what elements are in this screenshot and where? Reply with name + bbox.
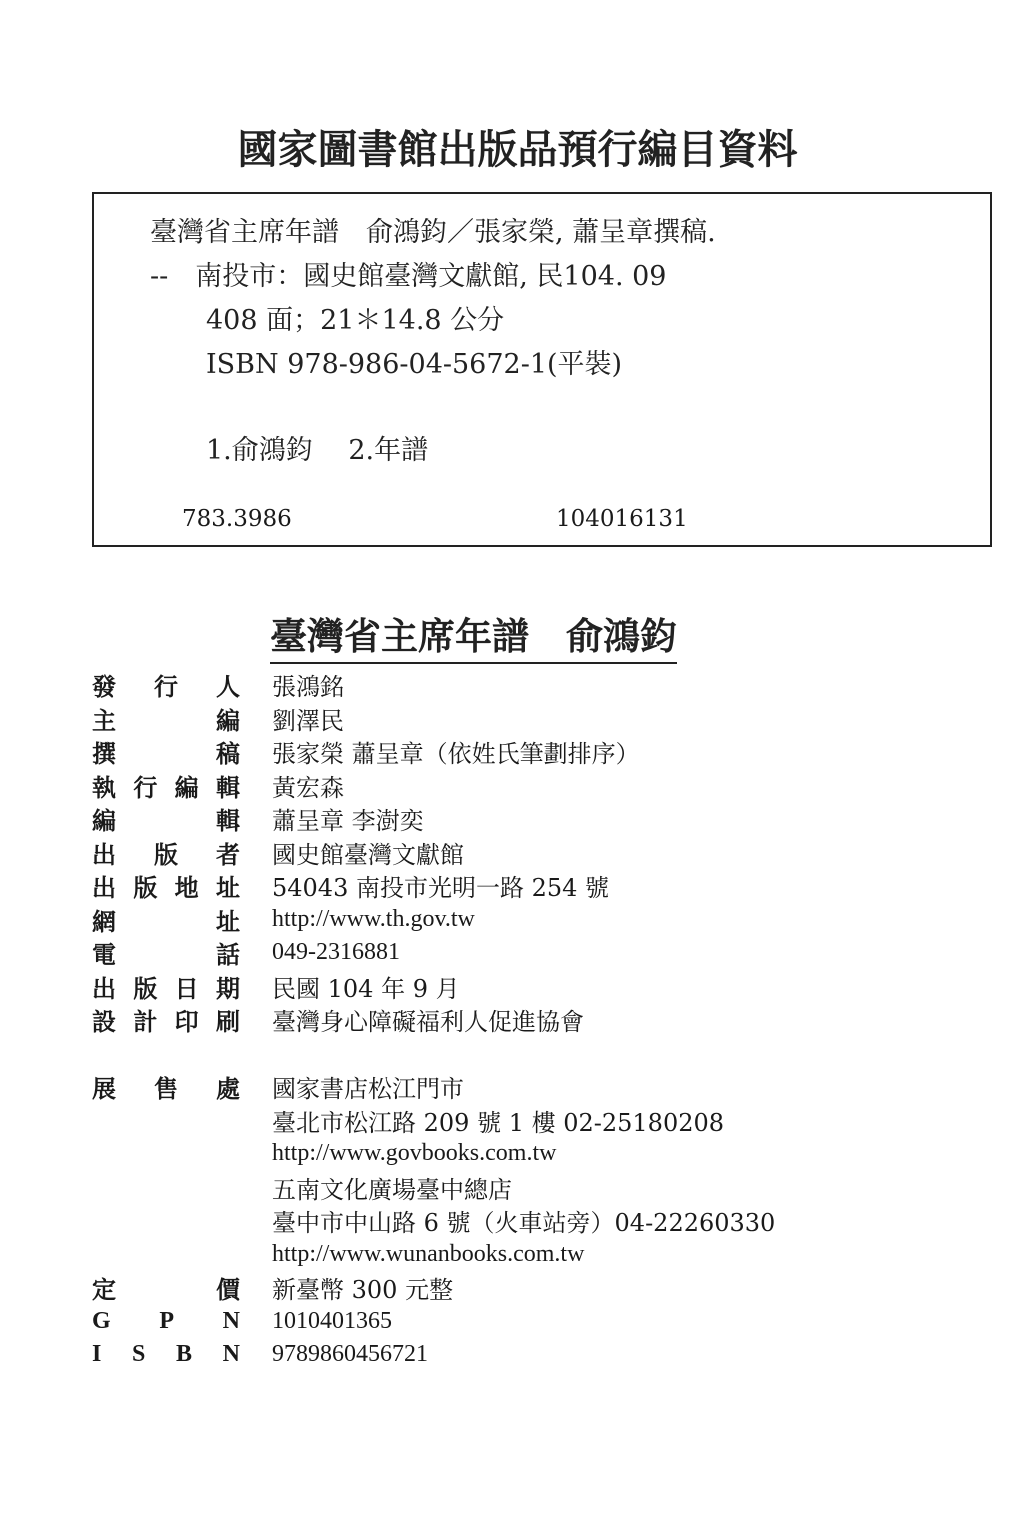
- row-label: 編輯: [92, 801, 240, 836]
- row-value: 1010401365: [272, 1308, 392, 1335]
- sales-row-2: http://www.govbooks.com.tw: [92, 1137, 852, 1171]
- colophon-row-authors: 撰稿 張家榮 蕭呈章（依姓氏筆劃排序）: [92, 735, 852, 769]
- row-label: 設計印刷: [92, 1002, 240, 1037]
- colophon-row-publish-date: 出版日期 民國 104 年 9 月: [92, 970, 852, 1004]
- sales-row-1: 臺北市松江路 209 號 1 樓 02-25180208: [92, 1104, 852, 1138]
- row-value: 張家榮 蕭呈章（依姓氏筆劃排序）: [272, 734, 640, 769]
- sales-line: 臺北市松江路 209 號 1 樓 02-25180208: [272, 1103, 724, 1138]
- row-label: 網址: [92, 902, 240, 937]
- colophon-row-website: 網址 http://www.th.gov.tw: [92, 903, 852, 937]
- spacer: [92, 1037, 852, 1071]
- cip-isbn-line: ISBN 978-986-04-5672-1(平裝): [206, 342, 622, 381]
- row-label: 電話: [92, 935, 240, 970]
- sales-row-5: http://www.wunanbooks.com.tw: [92, 1238, 852, 1272]
- row-value: 臺灣身心障礙福利人促進協會: [272, 1002, 584, 1037]
- cip-publisher-line: -- 南投市：國史館臺灣文獻館, 民104. 09: [150, 254, 666, 293]
- cip-record-id: 104016131: [556, 506, 688, 532]
- cip-classification: 783.3986: [182, 506, 292, 532]
- colophon-row-publisher: 出版者 國史館臺灣文獻館: [92, 836, 852, 870]
- cip-subjects-line: 1.俞鴻鈞 2.年譜: [206, 428, 428, 467]
- tail-row-gpn: GPN 1010401365: [92, 1305, 852, 1339]
- row-value: 新臺幣 300 元整: [272, 1270, 453, 1305]
- row-label: 執行編輯: [92, 768, 240, 803]
- row-label: ISBN: [92, 1341, 240, 1368]
- cip-title-line: 臺灣省主席年譜 俞鴻鈞／張家榮, 蕭呈章撰稿.: [150, 210, 716, 249]
- cip-record-box: 臺灣省主席年譜 俞鴻鈞／張家榮, 蕭呈章撰稿. -- 南投市：國史館臺灣文獻館,…: [92, 192, 992, 547]
- colophon-row-design-print: 設計印刷 臺灣身心障礙福利人促進協會: [92, 1003, 852, 1037]
- book-title: 臺灣省主席年譜 俞鴻鈞: [270, 606, 677, 664]
- row-label: 出版者: [92, 835, 240, 870]
- row-label: GPN: [92, 1308, 240, 1335]
- sales-line: 國家書店松江門市: [272, 1069, 464, 1104]
- row-label: 撰稿: [92, 734, 240, 769]
- row-value: 劉澤民: [272, 701, 344, 736]
- row-value: 黃宏森: [272, 768, 344, 803]
- tail-row-isbn: ISBN 9789860456721: [92, 1338, 852, 1372]
- cip-heading: 國家圖書館出版品預行編目資料: [0, 118, 1035, 175]
- govbooks-link[interactable]: http://www.govbooks.com.tw: [272, 1140, 556, 1167]
- colophon-table: 發行人 張鴻銘 主編 劉澤民 撰稿 張家榮 蕭呈章（依姓氏筆劃排序） 執行編輯 …: [92, 668, 852, 1372]
- row-label: 出版日期: [92, 969, 240, 1004]
- colophon-row-address: 出版地址 54043 南投市光明一路 254 號: [92, 869, 852, 903]
- sales-line: 臺中市中山路 6 號（火車站旁）04-22260330: [272, 1203, 775, 1238]
- row-label: 定價: [92, 1270, 240, 1305]
- row-value: 國史館臺灣文獻館: [272, 835, 464, 870]
- cip-physical-line: 408 面；21＊14.8 公分: [206, 298, 504, 337]
- row-label: 發行人: [92, 667, 240, 702]
- row-value: 54043 南投市光明一路 254 號: [272, 868, 609, 903]
- row-label: 展售處: [92, 1069, 240, 1104]
- row-value: 049-2316881: [272, 939, 400, 966]
- row-value: 民國 104 年 9 月: [272, 969, 460, 1004]
- website-link[interactable]: http://www.th.gov.tw: [272, 906, 475, 933]
- tail-row-price: 定價 新臺幣 300 元整: [92, 1271, 852, 1305]
- sales-row-0: 展售處 國家書店松江門市: [92, 1070, 852, 1104]
- sales-row-3: 五南文化廣場臺中總店: [92, 1171, 852, 1205]
- row-label: 主編: [92, 701, 240, 736]
- row-value: 9789860456721: [272, 1341, 428, 1368]
- sales-line: 五南文化廣場臺中總店: [272, 1170, 512, 1205]
- row-label: 出版地址: [92, 868, 240, 903]
- row-value: 蕭呈章 李澍奕: [272, 801, 424, 836]
- colophon-row-chief-editor: 主編 劉澤民: [92, 702, 852, 736]
- colophon-row-phone: 電話 049-2316881: [92, 936, 852, 970]
- wunanbooks-link[interactable]: http://www.wunanbooks.com.tw: [272, 1241, 584, 1268]
- colophon-row-editors: 編輯 蕭呈章 李澍奕: [92, 802, 852, 836]
- row-value: 張鴻銘: [272, 667, 344, 702]
- sales-row-4: 臺中市中山路 6 號（火車站旁）04-22260330: [92, 1204, 852, 1238]
- colophon-row-executive-editor: 執行編輯 黃宏森: [92, 769, 852, 803]
- colophon-row-publisher-person: 發行人 張鴻銘: [92, 668, 852, 702]
